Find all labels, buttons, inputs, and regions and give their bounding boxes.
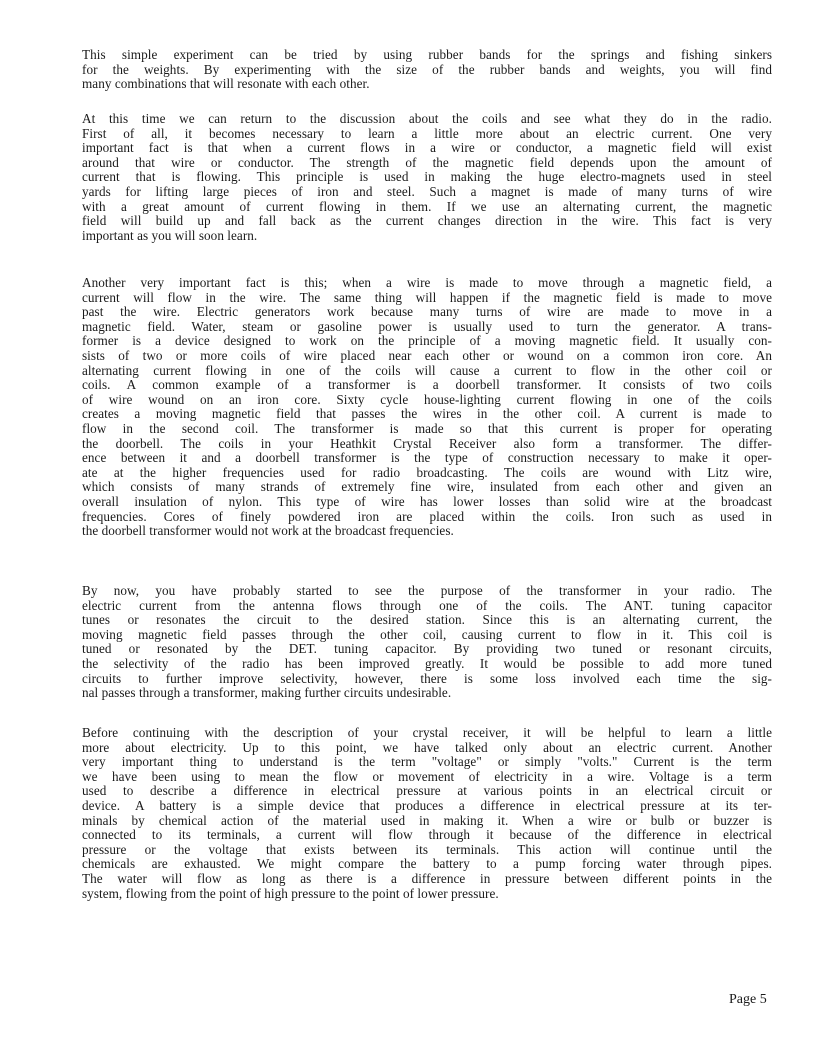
text-line: Before continuing with the description o… bbox=[82, 726, 772, 741]
text-line: very important thing to understand is th… bbox=[82, 755, 772, 770]
text-line: magnetic field. Water, steam or gasoline… bbox=[82, 320, 772, 335]
text-line: system, flowing from the point of high p… bbox=[82, 887, 772, 902]
text-line: minals by chemical action of the materia… bbox=[82, 814, 772, 829]
text-line: At this time we can return to the discus… bbox=[82, 112, 772, 127]
text-line: coils. A common example of a transformer… bbox=[82, 378, 772, 393]
page-number: Page 5 bbox=[729, 992, 767, 1008]
text-line: Another very important fact is this; whe… bbox=[82, 276, 772, 291]
text-line: used to describe a difference in electri… bbox=[82, 784, 772, 799]
text-line: circuits to further improve selectivity,… bbox=[82, 672, 772, 687]
text-line: of wire wound on an iron core. Sixty cyc… bbox=[82, 393, 772, 408]
paragraph-transformer-in-radio: By now, you have probably started to see… bbox=[82, 584, 772, 701]
paragraph-transformer-principle: Another very important fact is this; whe… bbox=[82, 276, 772, 539]
text-line: chemicals are exhausted. We might compar… bbox=[82, 857, 772, 872]
text-line: the doorbell. The coils in your Heathkit… bbox=[82, 437, 772, 452]
paragraph-rubber-band-experiment: This simple experiment can be tried by u… bbox=[82, 48, 772, 92]
text-line: overall insulation of nylon. This type o… bbox=[82, 495, 772, 510]
text-line: important as you will soon learn. bbox=[82, 229, 772, 244]
text-line: ence between it and a doorbell transform… bbox=[82, 451, 772, 466]
text-line: which consists of many strands of extrem… bbox=[82, 480, 772, 495]
text-line: ate at the higher frequencies used for r… bbox=[82, 466, 772, 481]
paragraph-voltage-explanation: Before continuing with the description o… bbox=[82, 726, 772, 901]
text-line: many combinations that will resonate wit… bbox=[82, 77, 772, 92]
text-line: tuned or resonated by the DET. tuning ca… bbox=[82, 642, 772, 657]
text-line: device. A battery is a simple device tha… bbox=[82, 799, 772, 814]
text-line: more about electricity. Up to this point… bbox=[82, 741, 772, 756]
text-line: around that wire or conductor. The stren… bbox=[82, 156, 772, 171]
text-line: flow in the second coil. The transformer… bbox=[82, 422, 772, 437]
text-line: past the wire. Electric generators work … bbox=[82, 305, 772, 320]
text-line: sists of two or more coils of wire place… bbox=[82, 349, 772, 364]
text-line: By now, you have probably started to see… bbox=[82, 584, 772, 599]
text-line: the selectivity of the radio has been im… bbox=[82, 657, 772, 672]
text-line: pressure or the voltage that exists betw… bbox=[82, 843, 772, 858]
text-line: moving magnetic field passes through the… bbox=[82, 628, 772, 643]
text-line: with a great amount of current flowing i… bbox=[82, 200, 772, 215]
text-line: we have been using to mean the flow or m… bbox=[82, 770, 772, 785]
text-line: connected to its terminals, a current wi… bbox=[82, 828, 772, 843]
text-line: yards for lifting large pieces of iron a… bbox=[82, 185, 772, 200]
text-line: field will build up and fall back as the… bbox=[82, 214, 772, 229]
text-line: alternating current flowing in one of th… bbox=[82, 364, 772, 379]
text-line: important fact is that when a current fl… bbox=[82, 141, 772, 156]
text-line: for the weights. By experimenting with t… bbox=[82, 63, 772, 78]
text-line: the doorbell transformer would not work … bbox=[82, 524, 772, 539]
text-line: The water will flow as long as there is … bbox=[82, 872, 772, 887]
text-line: tunes or resonates the circuit to the de… bbox=[82, 613, 772, 628]
text-line: frequencies. Cores of finely powdered ir… bbox=[82, 510, 772, 525]
text-line: This simple experiment can be tried by u… bbox=[82, 48, 772, 63]
text-line: current that is flowing. This principle … bbox=[82, 170, 772, 185]
text-line: First of all, it becomes necessary to le… bbox=[82, 127, 772, 142]
text-line: electric current from the antenna flows … bbox=[82, 599, 772, 614]
text-line: former is a device designed to work on t… bbox=[82, 334, 772, 349]
text-line: nal passes through a transformer, making… bbox=[82, 686, 772, 701]
document-page: This simple experiment can be tried by u… bbox=[0, 0, 830, 1060]
text-line: creates a moving magnetic field that pas… bbox=[82, 407, 772, 422]
paragraph-coils-and-magnetic-field: At this time we can return to the discus… bbox=[82, 112, 772, 243]
text-line: current will flow in the wire. The same … bbox=[82, 291, 772, 306]
